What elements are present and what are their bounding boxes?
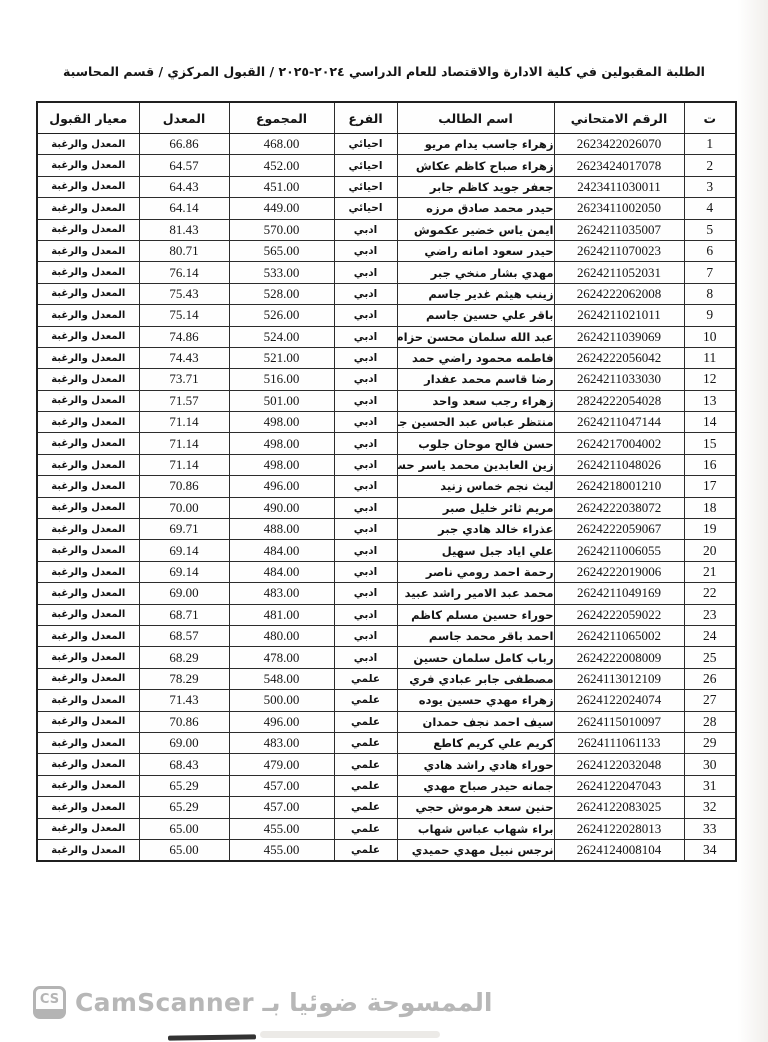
table-row: 11 2624222056042 فاطمه محمود راضي حمد اد… bbox=[37, 347, 736, 368]
criterion-cell: المعدل والرغبة bbox=[37, 668, 139, 689]
serial-cell: 31 bbox=[684, 775, 736, 796]
serial-cell: 18 bbox=[684, 497, 736, 518]
average-cell: 71.43 bbox=[139, 690, 229, 711]
student-name-cell: حنين سعد هرموش حجي bbox=[397, 797, 554, 818]
branch-cell: ادبي bbox=[334, 647, 397, 668]
table-row: 34 2624124008104 نرجس نبيل مهدي حميدي عل… bbox=[37, 839, 736, 861]
camscanner-footer: CS الممسوحة ضوئيا بـ CamScanner bbox=[33, 986, 492, 1019]
student-name-cell: مهدي بشار منخي جبر bbox=[397, 262, 554, 283]
page-title: الطلبة المقبولين في كلية الادارة والاقتص… bbox=[40, 64, 728, 79]
table-row: 8 2624222062008 زينب هيثم غدير جاسم ادبي… bbox=[37, 283, 736, 304]
exam-number-cell: 2624211070023 bbox=[554, 240, 684, 261]
total-cell: 498.00 bbox=[229, 454, 334, 475]
exam-number-cell: 2624211047144 bbox=[554, 412, 684, 433]
total-cell: 488.00 bbox=[229, 519, 334, 540]
scanned-with-text: الممسوحة ضوئيا بـ CamScanner bbox=[75, 988, 492, 1017]
exam-number-cell: 2623411002050 bbox=[554, 198, 684, 219]
total-cell: 483.00 bbox=[229, 732, 334, 753]
table-row: 17 2624218001210 ليث نجم خماس زنيد ادبي … bbox=[37, 476, 736, 497]
criterion-cell: المعدل والرغبة bbox=[37, 305, 139, 326]
table-header: ت الرقم الامتحاني اسم الطالب الفرع المجم… bbox=[37, 102, 736, 134]
criterion-cell: المعدل والرغبة bbox=[37, 497, 139, 518]
criterion-cell: المعدل والرغبة bbox=[37, 839, 139, 861]
table-row: 23 2624222059022 حوراء حسين مسلم كاظم اد… bbox=[37, 604, 736, 625]
exam-number-cell: 2624211048026 bbox=[554, 454, 684, 475]
total-cell: 468.00 bbox=[229, 134, 334, 155]
criterion-cell: المعدل والرغبة bbox=[37, 369, 139, 390]
table-row: 26 2624113012109 مصطفى جابر عبادي فري عل… bbox=[37, 668, 736, 689]
serial-cell: 4 bbox=[684, 198, 736, 219]
student-name-cell: جمانه حيدر صباح مهدي bbox=[397, 775, 554, 796]
serial-cell: 11 bbox=[684, 347, 736, 368]
criterion-cell: المعدل والرغبة bbox=[37, 176, 139, 197]
table-row: 6 2624211070023 حيدر سعود امانه راضي ادب… bbox=[37, 240, 736, 261]
table-row: 12 2624211033030 رضا قاسم محمد عفدار ادب… bbox=[37, 369, 736, 390]
criterion-cell: المعدل والرغبة bbox=[37, 775, 139, 796]
total-cell: 490.00 bbox=[229, 497, 334, 518]
average-cell: 66.86 bbox=[139, 134, 229, 155]
criterion-cell: المعدل والرغبة bbox=[37, 519, 139, 540]
total-cell: 498.00 bbox=[229, 412, 334, 433]
student-name-cell: محمد عبد الامير راشد عبيد bbox=[397, 583, 554, 604]
average-cell: 65.29 bbox=[139, 797, 229, 818]
average-cell: 76.14 bbox=[139, 262, 229, 283]
table-row: 32 2624122083025 حنين سعد هرموش حجي علمي… bbox=[37, 797, 736, 818]
branch-cell: علمي bbox=[334, 711, 397, 732]
branch-cell: علمي bbox=[334, 839, 397, 861]
exam-number-cell: 2624211039069 bbox=[554, 326, 684, 347]
table-row: 33 2624122028013 براء شهاب عباس شهاب علم… bbox=[37, 818, 736, 839]
branch-cell: علمي bbox=[334, 732, 397, 753]
branch-cell: علمي bbox=[334, 775, 397, 796]
branch-cell: علمي bbox=[334, 797, 397, 818]
criterion-cell: المعدل والرغبة bbox=[37, 540, 139, 561]
serial-cell: 27 bbox=[684, 690, 736, 711]
serial-cell: 28 bbox=[684, 711, 736, 732]
criterion-cell: المعدل والرغبة bbox=[37, 647, 139, 668]
average-cell: 69.14 bbox=[139, 561, 229, 582]
criterion-cell: المعدل والرغبة bbox=[37, 219, 139, 240]
average-cell: 71.14 bbox=[139, 433, 229, 454]
table-row: 28 2624115010097 سيف احمد نجف حمدان علمي… bbox=[37, 711, 736, 732]
total-cell: 496.00 bbox=[229, 711, 334, 732]
criterion-cell: المعدل والرغبة bbox=[37, 198, 139, 219]
exam-number-cell: 2624211021011 bbox=[554, 305, 684, 326]
student-name-cell: احمد باقر محمد جاسم bbox=[397, 625, 554, 646]
student-name-cell: عبد الله سلمان محسن حزام bbox=[397, 326, 554, 347]
student-name-cell: زهراء رجب سعد واحد bbox=[397, 390, 554, 411]
criterion-cell: المعدل والرغبة bbox=[37, 476, 139, 497]
table-row: 29 2624111061133 كريم علي كريم كاطع علمي… bbox=[37, 732, 736, 753]
branch-cell: ادبي bbox=[334, 326, 397, 347]
branch-cell: ادبي bbox=[334, 604, 397, 625]
branch-cell: علمي bbox=[334, 818, 397, 839]
header-student-name: اسم الطالب bbox=[397, 102, 554, 134]
serial-cell: 21 bbox=[684, 561, 736, 582]
average-cell: 69.00 bbox=[139, 732, 229, 753]
serial-cell: 1 bbox=[684, 134, 736, 155]
exam-number-cell: 2624122024074 bbox=[554, 690, 684, 711]
header-exam-number: الرقم الامتحاني bbox=[554, 102, 684, 134]
serial-cell: 14 bbox=[684, 412, 736, 433]
serial-cell: 20 bbox=[684, 540, 736, 561]
serial-cell: 30 bbox=[684, 754, 736, 775]
serial-cell: 8 bbox=[684, 283, 736, 304]
criterion-cell: المعدل والرغبة bbox=[37, 711, 139, 732]
total-cell: 480.00 bbox=[229, 625, 334, 646]
student-name-cell: منتظر عباس عبد الحسين جود الله bbox=[397, 412, 554, 433]
branch-cell: ادبي bbox=[334, 561, 397, 582]
student-name-cell: نرجس نبيل مهدي حميدي bbox=[397, 839, 554, 861]
branch-cell: ادبي bbox=[334, 625, 397, 646]
student-name-cell: حيدر محمد صادق مرزه bbox=[397, 198, 554, 219]
criterion-cell: المعدل والرغبة bbox=[37, 390, 139, 411]
students-table: ت الرقم الامتحاني اسم الطالب الفرع المجم… bbox=[36, 101, 737, 862]
total-cell: 481.00 bbox=[229, 604, 334, 625]
exam-number-cell: 2624115010097 bbox=[554, 711, 684, 732]
average-cell: 68.71 bbox=[139, 604, 229, 625]
student-name-cell: عذراء خالد هادي جبر bbox=[397, 519, 554, 540]
criterion-cell: المعدل والرغبة bbox=[37, 732, 139, 753]
serial-cell: 5 bbox=[684, 219, 736, 240]
exam-number-cell: 2624211035007 bbox=[554, 219, 684, 240]
total-cell: 449.00 bbox=[229, 198, 334, 219]
average-cell: 75.43 bbox=[139, 283, 229, 304]
serial-cell: 24 bbox=[684, 625, 736, 646]
branch-cell: ادبي bbox=[334, 347, 397, 368]
student-name-cell: براء شهاب عباس شهاب bbox=[397, 818, 554, 839]
criterion-cell: المعدل والرغبة bbox=[37, 561, 139, 582]
total-cell: 455.00 bbox=[229, 839, 334, 861]
average-cell: 68.57 bbox=[139, 625, 229, 646]
student-name-cell: جعفر جويد كاظم جابر bbox=[397, 176, 554, 197]
serial-cell: 3 bbox=[684, 176, 736, 197]
total-cell: 479.00 bbox=[229, 754, 334, 775]
exam-number-cell: 2423411030011 bbox=[554, 176, 684, 197]
table-row: 10 2624211039069 عبد الله سلمان محسن حزا… bbox=[37, 326, 736, 347]
criterion-cell: المعدل والرغبة bbox=[37, 625, 139, 646]
table-row: 30 2624122032048 حوراء هادي راشد هادي عل… bbox=[37, 754, 736, 775]
scan-smudge-artifact bbox=[260, 1031, 440, 1038]
student-name-cell: ليث نجم خماس زنيد bbox=[397, 476, 554, 497]
total-cell: 528.00 bbox=[229, 283, 334, 304]
total-cell: 501.00 bbox=[229, 390, 334, 411]
exam-number-cell: 2623422026070 bbox=[554, 134, 684, 155]
serial-cell: 19 bbox=[684, 519, 736, 540]
student-name-cell: حيدر سعود امانه راضي bbox=[397, 240, 554, 261]
serial-cell: 16 bbox=[684, 454, 736, 475]
table-row: 7 2624211052031 مهدي بشار منخي جبر ادبي … bbox=[37, 262, 736, 283]
total-cell: 524.00 bbox=[229, 326, 334, 347]
table-row: 15 2624217004002 حسن فالح موحان جلوب ادب… bbox=[37, 433, 736, 454]
serial-cell: 13 bbox=[684, 390, 736, 411]
average-cell: 71.57 bbox=[139, 390, 229, 411]
average-cell: 70.86 bbox=[139, 711, 229, 732]
branch-cell: ادبي bbox=[334, 497, 397, 518]
table-row: 19 2624222059067 عذراء خالد هادي جبر ادب… bbox=[37, 519, 736, 540]
total-cell: 457.00 bbox=[229, 797, 334, 818]
serial-cell: 32 bbox=[684, 797, 736, 818]
total-cell: 526.00 bbox=[229, 305, 334, 326]
criterion-cell: المعدل والرغبة bbox=[37, 326, 139, 347]
student-name-cell: رحمة احمد رومي ناصر bbox=[397, 561, 554, 582]
average-cell: 78.29 bbox=[139, 668, 229, 689]
branch-cell: ادبي bbox=[334, 262, 397, 283]
criterion-cell: المعدل والرغبة bbox=[37, 818, 139, 839]
header-branch: الفرع bbox=[334, 102, 397, 134]
branch-cell: ادبي bbox=[334, 390, 397, 411]
header-average: المعدل bbox=[139, 102, 229, 134]
student-name-cell: كريم علي كريم كاطع bbox=[397, 732, 554, 753]
serial-cell: 34 bbox=[684, 839, 736, 861]
criterion-cell: المعدل والرغبة bbox=[37, 454, 139, 475]
student-name-cell: ايمن ياس خضير عكموش bbox=[397, 219, 554, 240]
exam-number-cell: 2624122047043 bbox=[554, 775, 684, 796]
exam-number-cell: 2624217004002 bbox=[554, 433, 684, 454]
average-cell: 70.86 bbox=[139, 476, 229, 497]
average-cell: 69.71 bbox=[139, 519, 229, 540]
exam-number-cell: 2624222059067 bbox=[554, 519, 684, 540]
student-name-cell: مصطفى جابر عبادي فري bbox=[397, 668, 554, 689]
exam-number-cell: 2624124008104 bbox=[554, 839, 684, 861]
student-name-cell: زهراء مهدي حسين يوده bbox=[397, 690, 554, 711]
serial-cell: 23 bbox=[684, 604, 736, 625]
total-cell: 478.00 bbox=[229, 647, 334, 668]
exam-number-cell: 2624218001210 bbox=[554, 476, 684, 497]
table-row: 25 2624222008009 رباب كامل سلمان حسين اد… bbox=[37, 647, 736, 668]
branch-cell: احيائي bbox=[334, 155, 397, 176]
branch-cell: ادبي bbox=[334, 540, 397, 561]
branch-cell: ادبي bbox=[334, 412, 397, 433]
average-cell: 68.29 bbox=[139, 647, 229, 668]
average-cell: 64.43 bbox=[139, 176, 229, 197]
branch-cell: احيائي bbox=[334, 198, 397, 219]
branch-cell: ادبي bbox=[334, 583, 397, 604]
student-name-cell: سيف احمد نجف حمدان bbox=[397, 711, 554, 732]
criterion-cell: المعدل والرغبة bbox=[37, 797, 139, 818]
average-cell: 73.71 bbox=[139, 369, 229, 390]
table-row: 1 2623422026070 زهراء جاسب يدام مريو احي… bbox=[37, 134, 736, 155]
branch-cell: ادبي bbox=[334, 219, 397, 240]
average-cell: 69.00 bbox=[139, 583, 229, 604]
table-row: 9 2624211021011 باقر علي حسين جاسم ادبي … bbox=[37, 305, 736, 326]
average-cell: 80.71 bbox=[139, 240, 229, 261]
branch-cell: ادبي bbox=[334, 240, 397, 261]
average-cell: 65.00 bbox=[139, 839, 229, 861]
exam-number-cell: 2624211049169 bbox=[554, 583, 684, 604]
student-name-cell: زين العابدين محمد ياسر حسين bbox=[397, 454, 554, 475]
serial-cell: 12 bbox=[684, 369, 736, 390]
serial-cell: 9 bbox=[684, 305, 736, 326]
serial-cell: 33 bbox=[684, 818, 736, 839]
total-cell: 500.00 bbox=[229, 690, 334, 711]
total-cell: 457.00 bbox=[229, 775, 334, 796]
table-row: 5 2624211035007 ايمن ياس خضير عكموش ادبي… bbox=[37, 219, 736, 240]
branch-cell: ادبي bbox=[334, 283, 397, 304]
exam-number-cell: 2623424017078 bbox=[554, 155, 684, 176]
total-cell: 533.00 bbox=[229, 262, 334, 283]
average-cell: 69.14 bbox=[139, 540, 229, 561]
criterion-cell: المعدل والرغبة bbox=[37, 155, 139, 176]
table-row: 14 2624211047144 منتظر عباس عبد الحسين ج… bbox=[37, 412, 736, 433]
table-row: 4 2623411002050 حيدر محمد صادق مرزه احيا… bbox=[37, 198, 736, 219]
criterion-cell: المعدل والرغبة bbox=[37, 262, 139, 283]
student-name-cell: حسن فالح موحان جلوب bbox=[397, 433, 554, 454]
criterion-cell: المعدل والرغبة bbox=[37, 604, 139, 625]
student-name-cell: زهراء صباح كاظم عكاش bbox=[397, 155, 554, 176]
branch-cell: ادبي bbox=[334, 519, 397, 540]
average-cell: 74.86 bbox=[139, 326, 229, 347]
branch-cell: ادبي bbox=[334, 433, 397, 454]
serial-cell: 7 bbox=[684, 262, 736, 283]
student-name-cell: فاطمه محمود راضي حمد bbox=[397, 347, 554, 368]
average-cell: 71.14 bbox=[139, 454, 229, 475]
total-cell: 570.00 bbox=[229, 219, 334, 240]
exam-number-cell: 2624111061133 bbox=[554, 732, 684, 753]
exam-number-cell: 2624122028013 bbox=[554, 818, 684, 839]
student-name-cell: مريم ثائر خليل صبر bbox=[397, 497, 554, 518]
branch-cell: احيائي bbox=[334, 176, 397, 197]
total-cell: 451.00 bbox=[229, 176, 334, 197]
total-cell: 565.00 bbox=[229, 240, 334, 261]
table-body: 1 2623422026070 زهراء جاسب يدام مريو احي… bbox=[37, 134, 736, 862]
table-row: 21 2624222019006 رحمة احمد رومي ناصر ادب… bbox=[37, 561, 736, 582]
branch-cell: ادبي bbox=[334, 476, 397, 497]
exam-number-cell: 2624222038072 bbox=[554, 497, 684, 518]
criterion-cell: المعدل والرغبة bbox=[37, 433, 139, 454]
average-cell: 65.00 bbox=[139, 818, 229, 839]
exam-number-cell: 2624113012109 bbox=[554, 668, 684, 689]
average-cell: 65.29 bbox=[139, 775, 229, 796]
branch-cell: ادبي bbox=[334, 369, 397, 390]
exam-number-cell: 2624222056042 bbox=[554, 347, 684, 368]
table-row: 13 2824222054028 زهراء رجب سعد واحد ادبي… bbox=[37, 390, 736, 411]
criterion-cell: المعدل والرغبة bbox=[37, 240, 139, 261]
table-row: 16 2624211048026 زين العابدين محمد ياسر … bbox=[37, 454, 736, 475]
header-serial: ت bbox=[684, 102, 736, 134]
table-row: 27 2624122024074 زهراء مهدي حسين يوده عل… bbox=[37, 690, 736, 711]
scan-line-artifact bbox=[168, 1034, 256, 1040]
average-cell: 64.14 bbox=[139, 198, 229, 219]
student-name-cell: علي اياد جبل سهيل bbox=[397, 540, 554, 561]
criterion-cell: المعدل والرغبة bbox=[37, 754, 139, 775]
serial-cell: 26 bbox=[684, 668, 736, 689]
student-name-cell: حوراء حسين مسلم كاظم bbox=[397, 604, 554, 625]
exam-number-cell: 2624211052031 bbox=[554, 262, 684, 283]
criterion-cell: المعدل والرغبة bbox=[37, 134, 139, 155]
exam-number-cell: 2624222019006 bbox=[554, 561, 684, 582]
table-row: 18 2624222038072 مريم ثائر خليل صبر ادبي… bbox=[37, 497, 736, 518]
serial-cell: 2 bbox=[684, 155, 736, 176]
serial-cell: 17 bbox=[684, 476, 736, 497]
average-cell: 74.43 bbox=[139, 347, 229, 368]
scanned-page: الطلبة المقبولين في كلية الادارة والاقتص… bbox=[0, 0, 768, 1042]
criterion-cell: المعدل والرغبة bbox=[37, 283, 139, 304]
table-row: 22 2624211049169 محمد عبد الامير راشد عب… bbox=[37, 583, 736, 604]
branch-cell: احيائي bbox=[334, 134, 397, 155]
serial-cell: 25 bbox=[684, 647, 736, 668]
student-name-cell: باقر علي حسين جاسم bbox=[397, 305, 554, 326]
average-cell: 75.14 bbox=[139, 305, 229, 326]
exam-number-cell: 2624222059022 bbox=[554, 604, 684, 625]
average-cell: 70.00 bbox=[139, 497, 229, 518]
exam-number-cell: 2624211033030 bbox=[554, 369, 684, 390]
table-row: 2 2623424017078 زهراء صباح كاظم عكاش احي… bbox=[37, 155, 736, 176]
exam-number-cell: 2624222008009 bbox=[554, 647, 684, 668]
average-cell: 81.43 bbox=[139, 219, 229, 240]
student-name-cell: رباب كامل سلمان حسين bbox=[397, 647, 554, 668]
criterion-cell: المعدل والرغبة bbox=[37, 583, 139, 604]
student-name-cell: حوراء هادي راشد هادي bbox=[397, 754, 554, 775]
branch-cell: علمي bbox=[334, 668, 397, 689]
average-cell: 71.14 bbox=[139, 412, 229, 433]
serial-cell: 15 bbox=[684, 433, 736, 454]
branch-cell: علمي bbox=[334, 754, 397, 775]
exam-number-cell: 2624122083025 bbox=[554, 797, 684, 818]
table-row: 3 2423411030011 جعفر جويد كاظم جابر احيا… bbox=[37, 176, 736, 197]
table-header-row: ت الرقم الامتحاني اسم الطالب الفرع المجم… bbox=[37, 102, 736, 134]
branch-cell: ادبي bbox=[334, 305, 397, 326]
exam-number-cell: 2624211065002 bbox=[554, 625, 684, 646]
total-cell: 455.00 bbox=[229, 818, 334, 839]
total-cell: 452.00 bbox=[229, 155, 334, 176]
header-total: المجموع bbox=[229, 102, 334, 134]
exam-number-cell: 2624222062008 bbox=[554, 283, 684, 304]
serial-cell: 22 bbox=[684, 583, 736, 604]
average-cell: 68.43 bbox=[139, 754, 229, 775]
average-cell: 64.57 bbox=[139, 155, 229, 176]
criterion-cell: المعدل والرغبة bbox=[37, 690, 139, 711]
total-cell: 483.00 bbox=[229, 583, 334, 604]
header-admission-criterion: معيار القبول bbox=[37, 102, 139, 134]
total-cell: 496.00 bbox=[229, 476, 334, 497]
criterion-cell: المعدل والرغبة bbox=[37, 347, 139, 368]
total-cell: 516.00 bbox=[229, 369, 334, 390]
camscanner-icon: CS bbox=[33, 986, 66, 1019]
branch-cell: علمي bbox=[334, 690, 397, 711]
exam-number-cell: 2624211006055 bbox=[554, 540, 684, 561]
serial-cell: 6 bbox=[684, 240, 736, 261]
table-row: 24 2624211065002 احمد باقر محمد جاسم ادب… bbox=[37, 625, 736, 646]
student-name-cell: زهراء جاسب يدام مريو bbox=[397, 134, 554, 155]
student-name-cell: رضا قاسم محمد عفدار bbox=[397, 369, 554, 390]
student-name-cell: زينب هيثم غدير جاسم bbox=[397, 283, 554, 304]
total-cell: 484.00 bbox=[229, 561, 334, 582]
table-row: 20 2624211006055 علي اياد جبل سهيل ادبي … bbox=[37, 540, 736, 561]
total-cell: 498.00 bbox=[229, 433, 334, 454]
table-row: 31 2624122047043 جمانه حيدر صباح مهدي عل… bbox=[37, 775, 736, 796]
criterion-cell: المعدل والرغبة bbox=[37, 412, 139, 433]
exam-number-cell: 2824222054028 bbox=[554, 390, 684, 411]
total-cell: 484.00 bbox=[229, 540, 334, 561]
branch-cell: ادبي bbox=[334, 454, 397, 475]
total-cell: 548.00 bbox=[229, 668, 334, 689]
serial-cell: 29 bbox=[684, 732, 736, 753]
exam-number-cell: 2624122032048 bbox=[554, 754, 684, 775]
serial-cell: 10 bbox=[684, 326, 736, 347]
total-cell: 521.00 bbox=[229, 347, 334, 368]
